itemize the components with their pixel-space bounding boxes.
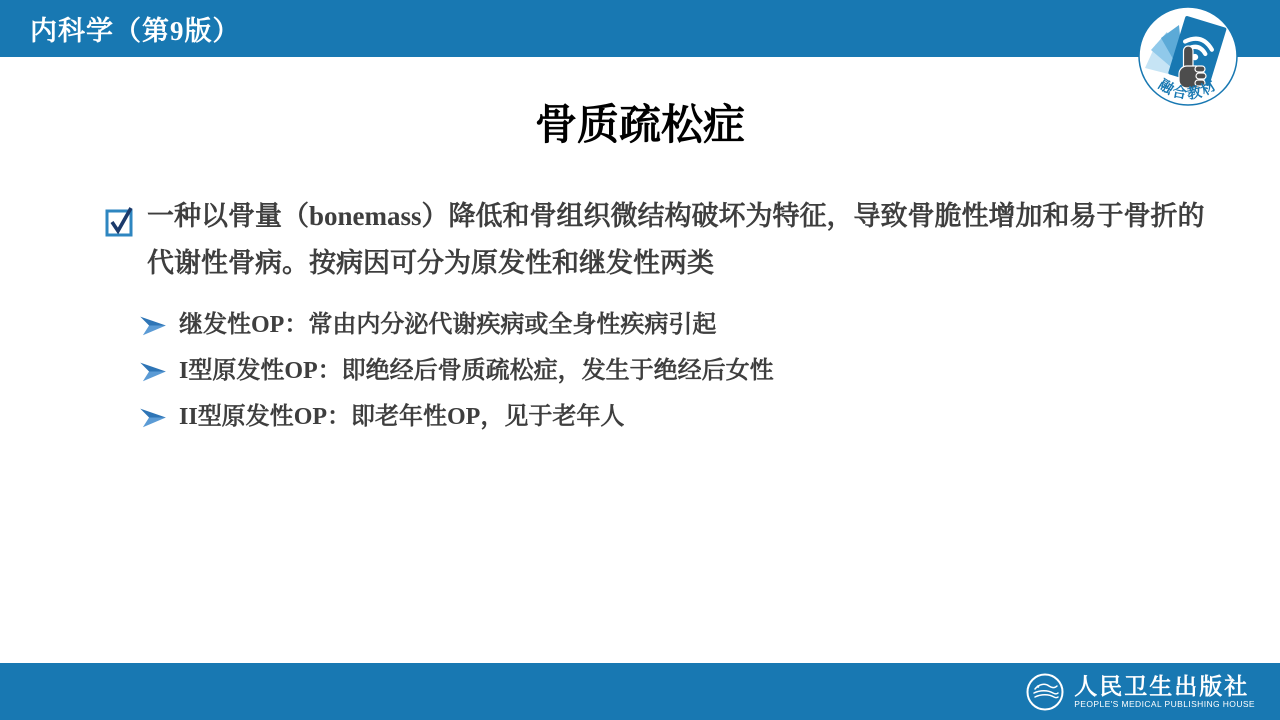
main-bullet: 一种以骨量（bonemass）降低和骨组织微结构破坏为特征，导致骨脆性增加和易于… (105, 193, 1205, 287)
main-bullet-text: 一种以骨量（bonemass）降低和骨组织微结构破坏为特征，导致骨脆性增加和易于… (147, 193, 1205, 287)
publisher-logo: 人民卫生出版社 PEOPLE'S MEDICAL PUBLISHING HOUS… (1025, 672, 1255, 712)
list-item: II型原发性OP：即老年性OP，见于老年人 (140, 402, 774, 432)
sub-bullet-text: II型原发性OP：即老年性OP，见于老年人 (179, 402, 624, 432)
sub-bullet-text: I型原发性OP：即绝经后骨质疏松症，发生于绝经后女性 (179, 356, 774, 386)
main-bullet-seg1: 一种以骨量（ (147, 201, 309, 231)
arrow-bullet-icon (140, 406, 167, 429)
footer-bar: 人民卫生出版社 PEOPLE'S MEDICAL PUBLISHING HOUS… (0, 663, 1280, 720)
sub1-seg1: 继发性 (179, 311, 251, 338)
sub3-seg6: ，见于老年人 (480, 403, 624, 430)
list-item: I型原发性OP：即绝经后骨质疏松症，发生于绝经后女性 (140, 356, 774, 386)
sub2-seg4: ：即绝经后骨质疏松症，发生于绝经后女性 (318, 357, 774, 384)
sub-bullet-list: 继发性OP：常由内分泌代谢疾病或全身性疾病引起 I型原发性OP：即绝经后骨质疏松… (140, 310, 774, 448)
sub2-seg3-latin: OP (284, 358, 317, 384)
sub3-seg3-latin: OP (294, 404, 327, 430)
sub3-seg2: 型原发性 (198, 403, 294, 430)
checkbox-icon (105, 203, 135, 237)
sub3-seg5-latin: OP (447, 404, 480, 430)
sub2-seg2: 型原发性 (188, 357, 284, 384)
book-title-edition-number: 9 (170, 16, 185, 46)
page-title: 骨质疏松症 (0, 92, 1280, 152)
sub1-seg3: ：常由内分泌代谢疾病或全身性疾病引起 (284, 311, 716, 338)
main-bullet-seg2-latin: bonemass (309, 201, 422, 231)
slide: 内科学（第9版） (0, 0, 1280, 720)
sub-bullet-text: 继发性OP：常由内分泌代谢疾病或全身性疾病引起 (179, 310, 716, 340)
sub1-seg2-latin: OP (251, 312, 284, 338)
book-title-pre: 内科学（第 (30, 16, 170, 46)
book-title-post: 版） (185, 16, 241, 46)
publisher-name-cn: 人民卫生出版社 (1074, 674, 1255, 699)
book-title: 内科学（第9版） (30, 9, 241, 48)
header-bar: 内科学（第9版） (0, 0, 1280, 57)
arrow-bullet-icon (140, 360, 167, 383)
arrow-bullet-icon (140, 314, 167, 337)
list-item: 继发性OP：常由内分泌代谢疾病或全身性疾病引起 (140, 310, 774, 340)
publisher-name-en: PEOPLE'S MEDICAL PUBLISHING HOUSE (1074, 699, 1255, 710)
sub3-seg4: ：即老年性 (327, 403, 447, 430)
publisher-emblem-icon (1025, 672, 1065, 712)
sub2-seg1-latin: I (179, 358, 188, 384)
sub3-seg1-latin: II (179, 404, 198, 430)
